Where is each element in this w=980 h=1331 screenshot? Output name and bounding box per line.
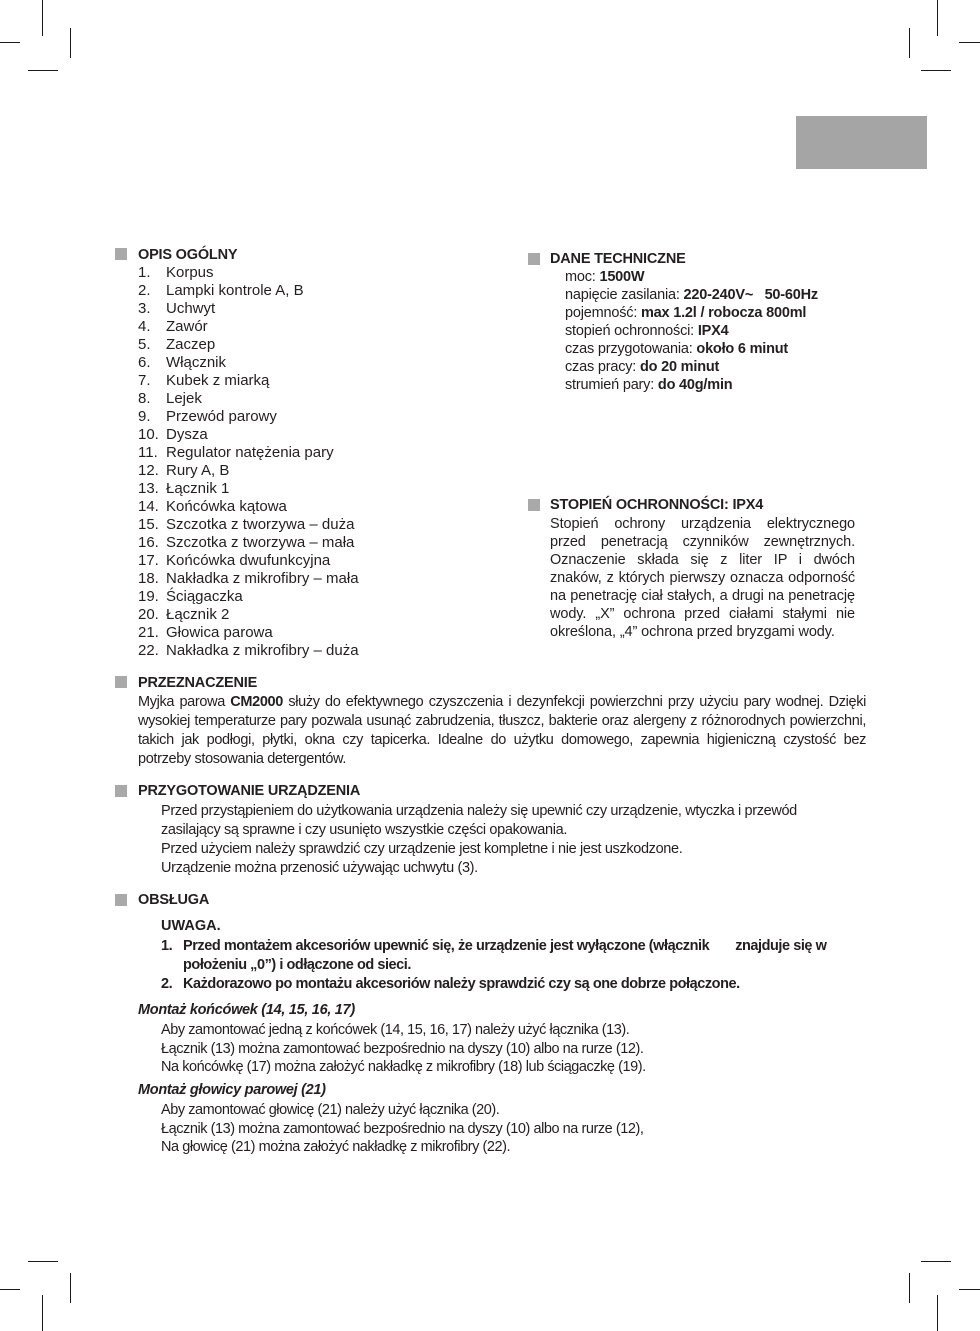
list-item-label: Kubek z miarką [166, 372, 269, 390]
parts-list: 1.Korpus2.Lampki kontrole A, B3.Uchwyt4.… [138, 264, 359, 660]
text-line: zasilający są sprawne i czy usunięto wsz… [161, 821, 797, 840]
protection-description: Stopień ochrony urządzenia elektrycznego… [550, 515, 855, 641]
spec-label: stopień ochronności: [565, 323, 698, 339]
model-name: CM2000 [230, 694, 283, 710]
list-item-number: 15. [138, 516, 166, 534]
list-item-label: Przewód parowy [166, 408, 277, 426]
crop-mark [921, 70, 951, 71]
list-item: 8.Lejek [138, 390, 359, 408]
crop-mark [28, 70, 58, 71]
warning-item: 2.Każdorazowo po montażu akcesoriów nale… [161, 975, 866, 994]
list-item-label: Regulator natężenia pary [166, 444, 334, 462]
spec-row: strumień pary: do 40g/min [565, 376, 818, 394]
crop-mark [70, 28, 71, 58]
list-item-number: 18. [138, 570, 166, 588]
list-item-label: Włącznik [166, 354, 226, 372]
warning-title: UWAGA. [161, 918, 221, 934]
list-item: 1.Korpus [138, 264, 359, 282]
spec-value: około 6 minut [696, 341, 788, 357]
list-item: 6.Włącznik [138, 354, 359, 372]
crop-mark [937, 1295, 938, 1331]
crop-mark [70, 1273, 71, 1303]
list-item-label: Końcówka dwufunkcyjna [166, 552, 330, 570]
subsection-title-tips: Montaż końcówek (14, 15, 16, 17) [138, 1002, 355, 1018]
warning-text: Każdorazowo po montażu akcesoriów należy… [183, 975, 866, 994]
list-item-number: 9. [138, 408, 166, 426]
section-title-technical: DANE TECHNICZNE [550, 250, 686, 268]
spec-label: czas przygotowania: [565, 341, 696, 357]
crop-mark [42, 1295, 43, 1331]
spec-value: do 40g/min [658, 377, 733, 393]
spec-value: max 1.2l / robocza 800ml [641, 305, 806, 321]
list-item: 2.Lampki kontrole A, B [138, 282, 359, 300]
spec-row: napięcie zasilania: 220-240V~ 50-60Hz [565, 286, 818, 304]
section-title-preparation: PRZYGOTOWANIE URZĄDZENIA [138, 782, 360, 800]
section-title-general: OPIS OGÓLNY [138, 246, 237, 264]
list-item: 22.Nakładka z mikrofibry – duża [138, 642, 359, 660]
crop-mark [959, 1289, 980, 1290]
crop-mark [909, 1273, 910, 1303]
spec-row: czas pracy: do 20 minut [565, 358, 818, 376]
section-title-operation: OBSŁUGA [138, 891, 209, 909]
warning-item: 1.Przed montażem akcesoriów upewnić się,… [161, 937, 866, 975]
list-item: 17.Końcówka dwufunkcyjna [138, 552, 359, 570]
list-item: 15.Szczotka z tworzywa – duża [138, 516, 359, 534]
list-item-label: Korpus [166, 264, 214, 282]
list-item: 12.Rury A, B [138, 462, 359, 480]
warning-number: 1. [161, 937, 183, 975]
list-item-number: 8. [138, 390, 166, 408]
list-item-label: Szczotka z tworzywa – duża [166, 516, 354, 534]
list-item-number: 21. [138, 624, 166, 642]
list-item-number: 2. [138, 282, 166, 300]
spec-row: czas przygotowania: około 6 minut [565, 340, 818, 358]
subsection-body-tips: Aby zamontować jedną z końcówek (14, 15,… [161, 1021, 646, 1077]
crop-mark [959, 42, 980, 43]
list-item: 21.Głowica parowa [138, 624, 359, 642]
spec-label: napięcie zasilania: [565, 287, 684, 303]
section-marker [528, 499, 540, 511]
list-item-number: 10. [138, 426, 166, 444]
list-item: 7.Kubek z miarką [138, 372, 359, 390]
warning-text-a: Przed montażem akcesoriów upewnić się, ż… [183, 938, 709, 954]
list-item: 9.Przewód parowy [138, 408, 359, 426]
spec-label: czas pracy: [565, 359, 640, 375]
crop-mark [0, 1289, 20, 1290]
section-marker [115, 785, 127, 797]
crop-mark [42, 0, 43, 36]
spec-value: IPX4 [698, 323, 729, 339]
crop-mark [28, 1261, 58, 1262]
crop-mark [937, 0, 938, 36]
subsection-body-head: Aby zamontować głowicę (21) należy użyć … [161, 1101, 643, 1157]
list-item-number: 22. [138, 642, 166, 660]
list-item-label: Zaczep [166, 336, 215, 354]
list-item-label: Nakładka z mikrofibry – duża [166, 642, 359, 660]
text-line: Łącznik (13) można zamontować bezpośredn… [161, 1040, 646, 1059]
list-item-number: 5. [138, 336, 166, 354]
text-line: Przed użyciem należy sprawdzić czy urząd… [161, 840, 797, 859]
warning-list: 1.Przed montażem akcesoriów upewnić się,… [161, 937, 866, 994]
section-marker [115, 676, 127, 688]
list-item-label: Nakładka z mikrofibry – mała [166, 570, 359, 588]
text-line: Urządzenie można przenosić używając uchw… [161, 859, 797, 878]
list-item: 13.Łącznik 1 [138, 480, 359, 498]
list-item-label: Uchwyt [166, 300, 215, 318]
list-item-label: Końcówka kątowa [166, 498, 287, 516]
text-line: Aby zamontować głowicę (21) należy użyć … [161, 1101, 643, 1120]
spec-label: strumień pary: [565, 377, 658, 393]
text-line: Na głowicę (21) można założyć nakładkę z… [161, 1138, 643, 1157]
list-item-number: 14. [138, 498, 166, 516]
list-item-number: 16. [138, 534, 166, 552]
list-item-label: Głowica parowa [166, 624, 273, 642]
list-item-number: 6. [138, 354, 166, 372]
list-item-number: 1. [138, 264, 166, 282]
list-item: 5.Zaczep [138, 336, 359, 354]
list-item-number: 19. [138, 588, 166, 606]
purpose-text: Myjka parowa CM2000 służy do efektywnego… [138, 693, 866, 769]
list-item-number: 13. [138, 480, 166, 498]
section-marker [528, 253, 540, 265]
list-item: 20.Łącznik 2 [138, 606, 359, 624]
spec-label: moc: [565, 269, 599, 285]
list-item-label: Zawór [166, 318, 208, 336]
list-item: 10.Dysza [138, 426, 359, 444]
crop-mark [921, 1261, 951, 1262]
list-item-label: Lampki kontrole A, B [166, 282, 304, 300]
spec-value: 1500W [599, 269, 644, 285]
list-item-number: 20. [138, 606, 166, 624]
list-item: 14.Końcówka kątowa [138, 498, 359, 516]
list-item-number: 7. [138, 372, 166, 390]
text-line: Łącznik (13) można zamontować bezpośredn… [161, 1120, 643, 1139]
list-item-label: Łącznik 2 [166, 606, 229, 624]
list-item-label: Rury A, B [166, 462, 229, 480]
text-line: Aby zamontować jedną z końcówek (14, 15,… [161, 1021, 646, 1040]
list-item: 11.Regulator natężenia pary [138, 444, 359, 462]
list-item-label: Łącznik 1 [166, 480, 229, 498]
list-item: 3.Uchwyt [138, 300, 359, 318]
warning-number: 2. [161, 975, 183, 994]
purpose-text-start: Myjka parowa [138, 694, 230, 710]
list-item-label: Lejek [166, 390, 202, 408]
list-item: 16.Szczotka z tworzywa – mała [138, 534, 359, 552]
list-item: 4.Zawór [138, 318, 359, 336]
spec-value: do 20 minut [640, 359, 719, 375]
spec-label: pojemność: [565, 305, 641, 321]
section-marker [115, 248, 127, 260]
preparation-text: Przed przystąpieniem do użytkowania urzą… [161, 802, 797, 878]
subsection-title-head: Montaż głowicy parowej (21) [138, 1082, 326, 1098]
list-item-number: 17. [138, 552, 166, 570]
list-item-label: Szczotka z tworzywa – mała [166, 534, 354, 552]
technical-specs: moc: 1500Wnapięcie zasilania: 220-240V~ … [565, 268, 818, 394]
list-item-number: 4. [138, 318, 166, 336]
crop-mark [909, 28, 910, 58]
section-title-purpose: PRZEZNACZENIE [138, 674, 257, 692]
language-tab-block [796, 116, 927, 169]
text-line: Na końcówkę (17) można założyć nakładkę … [161, 1058, 646, 1077]
text-line: Przed przystąpieniem do użytkowania urzą… [161, 802, 797, 821]
list-item: 18.Nakładka z mikrofibry – mała [138, 570, 359, 588]
list-item: 19.Ściągaczka [138, 588, 359, 606]
warning-text-a: Każdorazowo po montażu akcesoriów należy… [183, 976, 740, 992]
list-item-number: 3. [138, 300, 166, 318]
crop-mark [0, 42, 20, 43]
list-item-label: Dysza [166, 426, 208, 444]
list-item-number: 12. [138, 462, 166, 480]
section-title-protection: STOPIEŃ OCHRONNOŚCI: IPX4 [550, 496, 763, 514]
spec-value: 220-240V~ 50-60Hz [684, 287, 818, 303]
spec-row: moc: 1500W [565, 268, 818, 286]
section-marker [115, 894, 127, 906]
spec-row: pojemność: max 1.2l / robocza 800ml [565, 304, 818, 322]
list-item-label: Ściągaczka [166, 588, 243, 606]
spec-row: stopień ochronności: IPX4 [565, 322, 818, 340]
list-item-number: 11. [138, 444, 166, 462]
warning-text: Przed montażem akcesoriów upewnić się, ż… [183, 937, 866, 975]
